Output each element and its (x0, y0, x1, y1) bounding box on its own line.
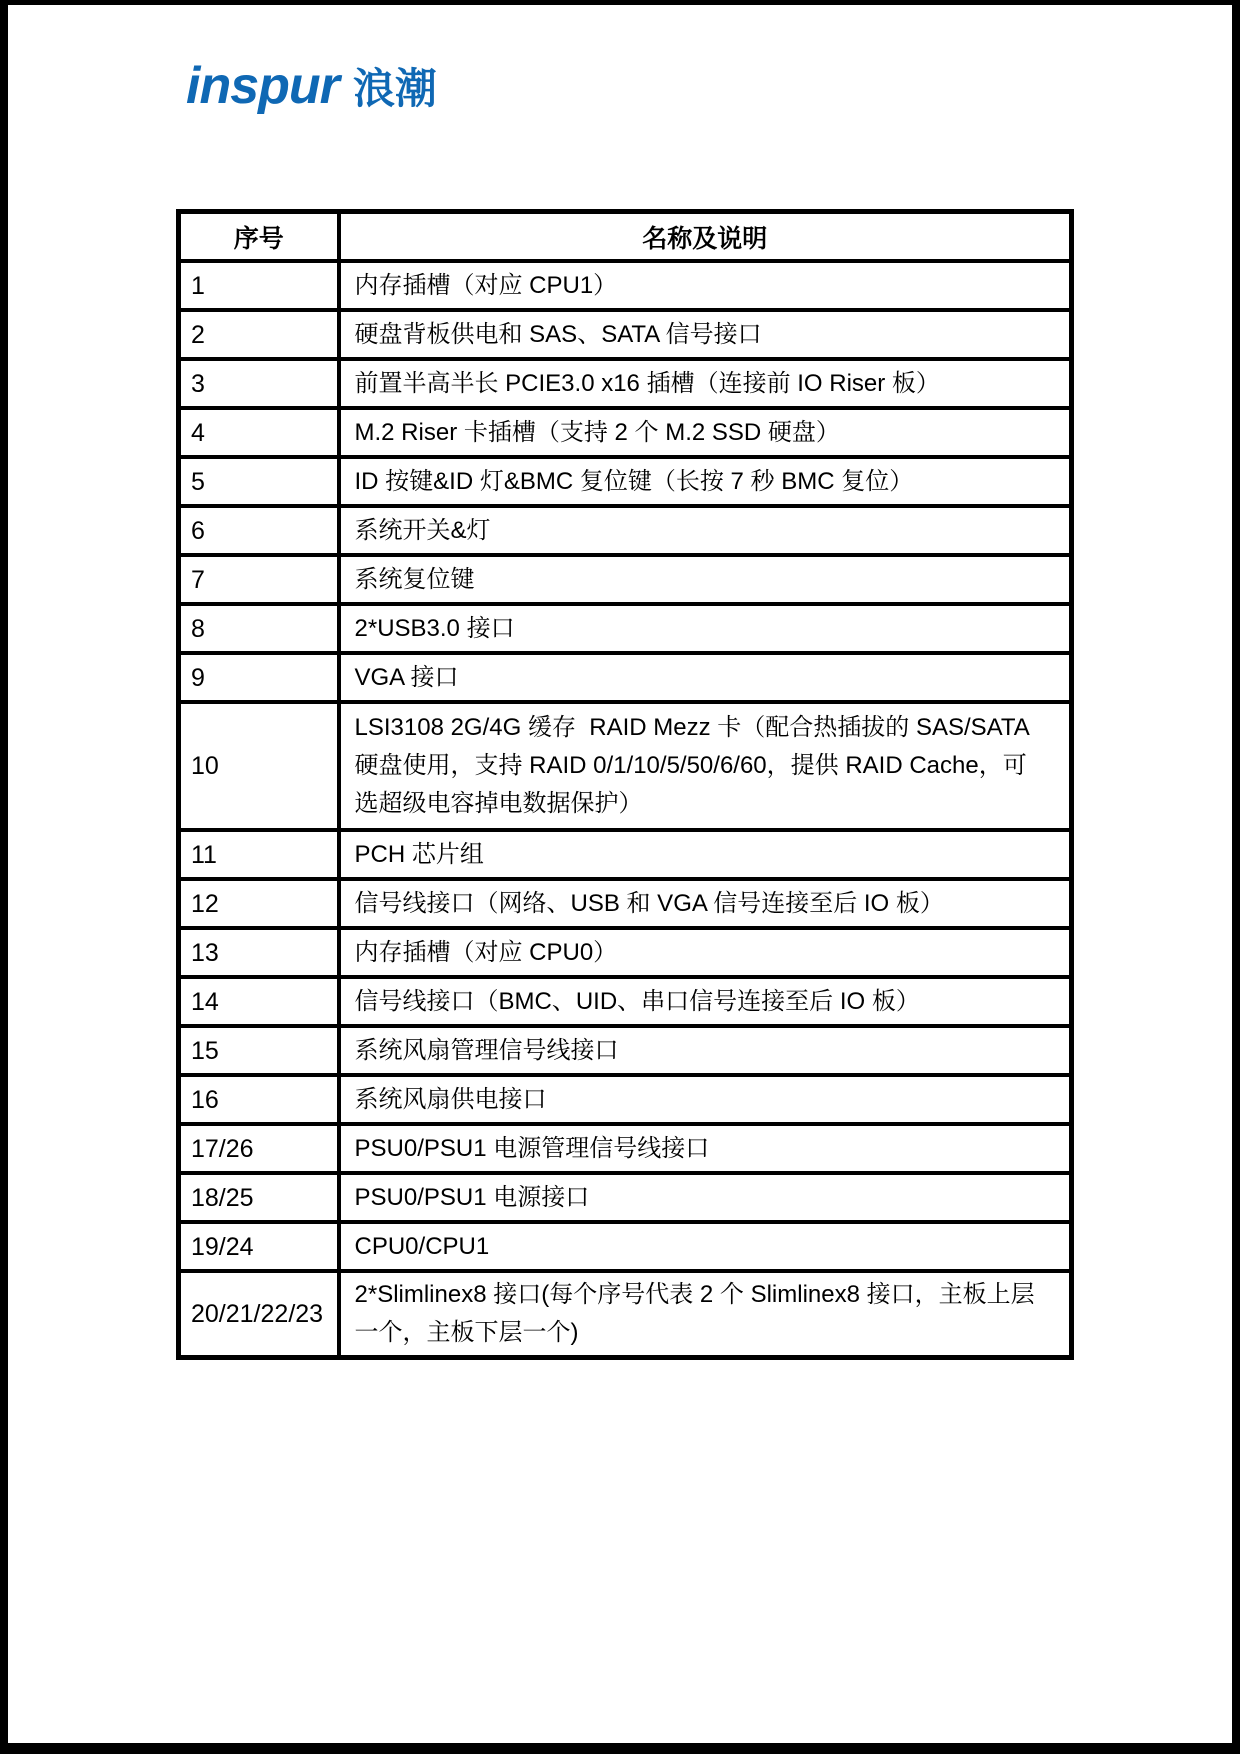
table-row: 16 系统风扇供电接口 (179, 1075, 1072, 1124)
component-spec-table-wrap: 序号 名称及说明 1 内存插槽（对应 CPU1） 2 硬盘背板供电和 SAS、S… (176, 209, 1069, 1360)
row-index: 10 (179, 702, 339, 830)
row-index: 20/21/22/23 (179, 1271, 339, 1358)
row-description: M.2 Riser 卡插槽（支持 2 个 M.2 SSD 硬盘） (339, 408, 1072, 457)
table-row: 9 VGA 接口 (179, 653, 1072, 702)
row-description: 系统开关&灯 (339, 506, 1072, 555)
table-header-row: 序号 名称及说明 (179, 212, 1072, 262)
table-row: 5 ID 按键&ID 灯&BMC 复位键（长按 7 秒 BMC 复位） (179, 457, 1072, 506)
col-header-description: 名称及说明 (339, 212, 1072, 262)
table-row: 3 前置半高半长 PCIE3.0 x16 插槽（连接前 IO Riser 板） (179, 359, 1072, 408)
row-index: 5 (179, 457, 339, 506)
row-index: 8 (179, 604, 339, 653)
row-index: 12 (179, 879, 339, 928)
table-row: 1 内存插槽（对应 CPU1） (179, 261, 1072, 310)
row-description: 内存插槽（对应 CPU0） (339, 928, 1072, 977)
row-description: 前置半高半长 PCIE3.0 x16 插槽（连接前 IO Riser 板） (339, 359, 1072, 408)
row-description: PSU0/PSU1 电源管理信号线接口 (339, 1124, 1072, 1173)
row-index: 14 (179, 977, 339, 1026)
row-index: 7 (179, 555, 339, 604)
row-description: 系统风扇供电接口 (339, 1075, 1072, 1124)
table-row: 20/21/22/23 2*Slimlinex8 接口(每个序号代表 2 个 S… (179, 1271, 1072, 1358)
page-edge-left (0, 0, 8, 1754)
row-index: 2 (179, 310, 339, 359)
row-index: 11 (179, 830, 339, 879)
table-row: 17/26 PSU0/PSU1 电源管理信号线接口 (179, 1124, 1072, 1173)
row-description: PCH 芯片组 (339, 830, 1072, 879)
row-index: 16 (179, 1075, 339, 1124)
row-index: 17/26 (179, 1124, 339, 1173)
row-index: 13 (179, 928, 339, 977)
row-index: 18/25 (179, 1173, 339, 1222)
row-description: 信号线接口（BMC、UID、串口信号连接至后 IO 板） (339, 977, 1072, 1026)
row-description: 信号线接口（网络、USB 和 VGA 信号连接至后 IO 板） (339, 879, 1072, 928)
row-index: 6 (179, 506, 339, 555)
inspur-logo: inspur 浪潮 (186, 60, 437, 122)
table-row: 2 硬盘背板供电和 SAS、SATA 信号接口 (179, 310, 1072, 359)
page-edge-right (1232, 0, 1240, 1754)
table-row: 11 PCH 芯片组 (179, 830, 1072, 879)
row-index: 1 (179, 261, 339, 310)
table-row: 7 系统复位键 (179, 555, 1072, 604)
row-index: 19/24 (179, 1222, 339, 1271)
row-description: 系统风扇管理信号线接口 (339, 1026, 1072, 1075)
page-edge-top (0, 0, 1240, 5)
row-description: 内存插槽（对应 CPU1） (339, 261, 1072, 310)
document-page: { "page": { "background": "#ffffff", "ed… (0, 0, 1240, 1754)
row-description: VGA 接口 (339, 653, 1072, 702)
table-row: 18/25 PSU0/PSU1 电源接口 (179, 1173, 1072, 1222)
row-index: 4 (179, 408, 339, 457)
row-index: 15 (179, 1026, 339, 1075)
row-description: CPU0/CPU1 (339, 1222, 1072, 1271)
row-description: PSU0/PSU1 电源接口 (339, 1173, 1072, 1222)
table-row: 14 信号线接口（BMC、UID、串口信号连接至后 IO 板） (179, 977, 1072, 1026)
row-description: 系统复位键 (339, 555, 1072, 604)
table-row: 19/24 CPU0/CPU1 (179, 1222, 1072, 1271)
row-description: LSI3108 2G/4G 缓存 RAID Mezz 卡（配合热插拔的 SAS/… (339, 702, 1072, 830)
row-index: 3 (179, 359, 339, 408)
row-description: 2*USB3.0 接口 (339, 604, 1072, 653)
row-index: 9 (179, 653, 339, 702)
table-row: 8 2*USB3.0 接口 (179, 604, 1072, 653)
page-edge-bottom (0, 1743, 1240, 1754)
table-row: 12 信号线接口（网络、USB 和 VGA 信号连接至后 IO 板） (179, 879, 1072, 928)
component-spec-table: 序号 名称及说明 1 内存插槽（对应 CPU1） 2 硬盘背板供电和 SAS、S… (176, 209, 1074, 1360)
col-header-index: 序号 (179, 212, 339, 262)
table-row: 4 M.2 Riser 卡插槽（支持 2 个 M.2 SSD 硬盘） (179, 408, 1072, 457)
table-row: 15 系统风扇管理信号线接口 (179, 1026, 1072, 1075)
table-row: 13 内存插槽（对应 CPU0） (179, 928, 1072, 977)
row-description: 2*Slimlinex8 接口(每个序号代表 2 个 Slimlinex8 接口… (339, 1271, 1072, 1358)
row-description: 硬盘背板供电和 SAS、SATA 信号接口 (339, 310, 1072, 359)
row-description: ID 按键&ID 灯&BMC 复位键（长按 7 秒 BMC 复位） (339, 457, 1072, 506)
table-row: 10 LSI3108 2G/4G 缓存 RAID Mezz 卡（配合热插拔的 S… (179, 702, 1072, 830)
inspur-logo-latin: inspur (186, 60, 339, 112)
table-row: 6 系统开关&灯 (179, 506, 1072, 555)
inspur-logo-cjk: 浪潮 (353, 68, 437, 110)
